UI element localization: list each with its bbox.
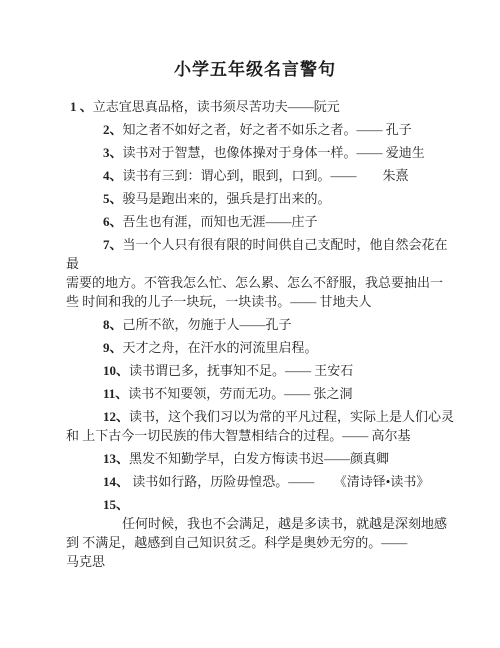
quote-text: 读书对于智慧，也像体操对于身体一样。—— 爱迪生 xyxy=(123,145,425,160)
text-line: 4、读书有三到：谓心到，眼到，口到。—— 朱熹 xyxy=(103,166,444,185)
quote-text: 读书有三到：谓心到，眼到，口到。—— 朱熹 xyxy=(123,168,409,183)
text-line: 需要的地方。不管我怎么忙、怎么累、怎么不舒服，我总要抽出一 xyxy=(66,273,444,292)
quote-text: 最 xyxy=(66,256,79,271)
quote-number: 14、 xyxy=(103,474,129,489)
quote-number: 8、 xyxy=(103,317,123,332)
quote-text: 骏马是跑出来的，强兵是打出来的。 xyxy=(123,191,331,206)
page-title: 小学五年级名言警句 xyxy=(66,58,444,82)
quote-number: 4、 xyxy=(103,168,123,183)
quote-text: 需要的地方。不管我怎么忙、怎么累、怎么不舒服，我总要抽出一 xyxy=(66,275,443,290)
text-line: 些 时间和我的儿子一块玩，一块读书。—— 甘地夫人 xyxy=(66,292,444,311)
quote-text: 任何时候，我也不会满足，越是多读书，就越是深刻地感 xyxy=(122,516,447,531)
quote-number: 12、 xyxy=(103,409,129,424)
document-page: 小学五年级名言警句 1 、立志宜思真品格，读书须尽苦功夫——阮元 2、知之者不如… xyxy=(0,0,500,648)
quote-number: 15、 xyxy=(103,497,129,512)
text-line: 3、读书对于智慧，也像体操对于身体一样。—— 爱迪生 xyxy=(103,143,444,162)
text-line: 7、当一个人只有很有限的时间供自己支配时，他自然会花在 xyxy=(103,235,444,254)
quote-number: 10、 xyxy=(103,363,129,378)
quote-number: 9、 xyxy=(103,340,123,355)
quote-text: 些 时间和我的儿子一块玩，一块读书。—— 甘地夫人 xyxy=(66,294,372,309)
quote-text: 立志宜思真品格，读书须尽苦功夫——阮元 xyxy=(93,99,340,114)
quote-text: 马克思 xyxy=(66,554,105,569)
quote-number: 7、 xyxy=(103,237,123,252)
text-line: 10、读书谓已多，抚事知不足。—— 王安石 xyxy=(103,361,444,380)
quote-text: 当一个人只有很有限的时间供自己支配时，他自然会花在 xyxy=(123,237,448,252)
quote-text: 吾生也有涯，而知也无涯——庄子 xyxy=(123,214,318,229)
quote-number: 1 、 xyxy=(70,99,93,114)
text-line: 2、知之者不如好之者，好之者不如乐之者。—— 孔子 xyxy=(103,120,444,139)
quote-number: 6、 xyxy=(103,214,123,229)
quote-text: 天才之舟，在汗水的河流里启程。 xyxy=(123,340,318,355)
quote-text: 和 上下古今一切民族的伟大智慧相结合的过程。—— 高尔基 xyxy=(66,428,411,443)
quote-text: 读书不知要领，劳而无功。—— 张之洞 xyxy=(128,386,352,401)
text-line: 5、骏马是跑出来的，强兵是打出来的。 xyxy=(103,189,444,208)
text-line: 8、己所不欲，勿施于人——孔子 xyxy=(103,315,444,334)
text-line: 12、读书，这个我们习以为常的平凡过程，实际上是人们心灵 xyxy=(103,407,444,426)
text-line: 最 xyxy=(66,254,444,273)
text-line: 1 、立志宜思真品格，读书须尽苦功夫——阮元 xyxy=(70,97,444,116)
text-line: 9、天才之舟，在汗水的河流里启程。 xyxy=(103,338,444,357)
quote-number: 3、 xyxy=(103,145,123,160)
quote-text: 读书谓已多，抚事知不足。—— 王安石 xyxy=(129,363,353,378)
text-line: 任何时候，我也不会满足，越是多读书，就越是深刻地感 xyxy=(122,514,444,533)
document-content: 小学五年级名言警句 1 、立志宜思真品格，读书须尽苦功夫——阮元 2、知之者不如… xyxy=(0,0,500,571)
text-line: 13、黑发不知勤学早，白发方悔读书迟——颜真卿 xyxy=(103,449,444,468)
quote-text: 读书如行路，历险毋惶恐。—— 《清诗铎•读书》 xyxy=(129,474,429,489)
text-line: 14、 读书如行路，历险毋惶恐。—— 《清诗铎•读书》 xyxy=(103,472,444,491)
text-line: 6、吾生也有涯，而知也无涯——庄子 xyxy=(103,212,444,231)
quote-text: 己所不欲，勿施于人——孔子 xyxy=(123,317,292,332)
quote-number: 2、 xyxy=(103,122,123,137)
quote-text: 知之者不如好之者，好之者不如乐之者。—— 孔子 xyxy=(123,122,412,137)
text-line: 到 不满足，越感到自己知识贫乏。科学是奥妙无穷的。—— xyxy=(66,533,444,552)
quote-number: 5、 xyxy=(103,191,123,206)
text-line: 和 上下古今一切民族的伟大智慧相结合的过程。—— 高尔基 xyxy=(66,426,444,445)
quote-text: 到 不满足，越感到自己知识贫乏。科学是奥妙无穷的。—— xyxy=(66,535,407,550)
quote-number: 11、 xyxy=(103,386,128,401)
quote-text: 黑发不知勤学早，白发方悔读书迟——颜真卿 xyxy=(129,451,389,466)
quote-text: 读书，这个我们习以为常的平凡过程，实际上是人们心灵 xyxy=(129,409,454,424)
text-line: 马克思 xyxy=(66,552,444,571)
quote-number: 13、 xyxy=(103,451,129,466)
text-line: 15、 xyxy=(103,495,444,514)
text-line: 11、读书不知要领，劳而无功。—— 张之洞 xyxy=(103,384,444,403)
